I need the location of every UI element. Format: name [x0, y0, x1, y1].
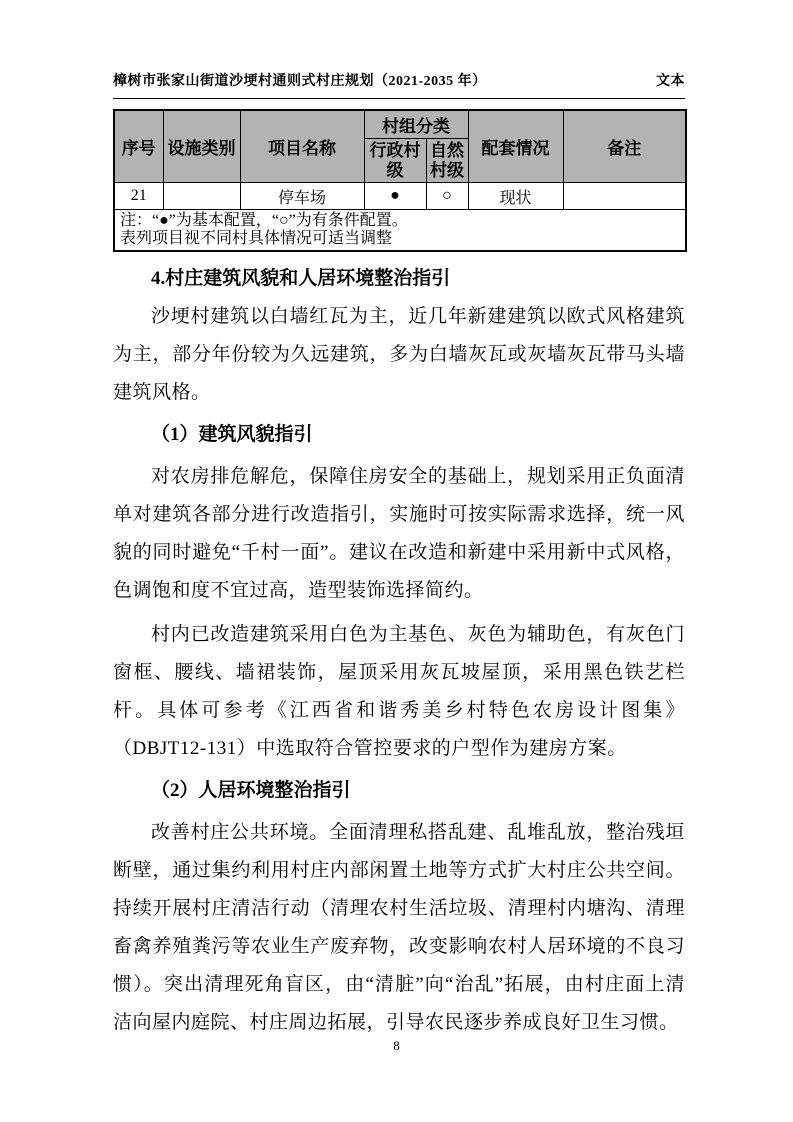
sub-heading-building-style-guide: （1）建筑风貌指引: [113, 418, 685, 452]
col-header-village-group: 村组分类: [364, 110, 468, 139]
table-note-cell: 注：“●”为基本配置，“○”为有条件配置。 表列项目视不同村具体情况可适当调整: [114, 210, 686, 252]
doc-header-right-label: 文本: [656, 70, 685, 90]
paragraph-renovation-guidance: 对农房排危解危，保障住房安全的基础上，规划采用正负面清单对建筑各部分进行改造指引…: [113, 458, 685, 610]
section-heading: 4.村庄建筑风貌和人居环境整治指引: [113, 264, 685, 294]
paragraph-color-scheme-reference: 村内已改造建筑采用白色为主基色、灰色为辅助色，有灰色门窗框、腰线、墙裙装饰，屋顶…: [113, 616, 685, 768]
doc-title: 樟树市张家山街道沙埂村通则式村庄规划（2021-2035 年）: [113, 70, 487, 90]
paragraph-environment-improvement: 改善村庄公共环境。全面清理私搭乱建、乱堆乱放，整治残垣断壁，通过集约利用村庄内部…: [113, 814, 685, 1042]
page-content: 樟树市张家山街道沙埂村通则式村庄规划（2021-2035 年） 文本 序号 设施…: [113, 70, 685, 1048]
col-header-support-status: 配套情况: [468, 110, 563, 183]
sub-heading-living-environment-guide: （2）人居环境整治指引: [113, 774, 685, 808]
facility-configuration-table: 序号 设施类别 项目名称 村组分类 配套情况 备注 行政村级 自然村级 21 停…: [113, 109, 687, 252]
page-number: 8: [0, 1038, 793, 1054]
cell-support-status: 现状: [468, 183, 563, 210]
cell-seq: 21: [114, 183, 163, 210]
running-header: 樟树市张家山街道沙埂村通则式村庄规划（2021-2035 年） 文本: [113, 70, 685, 99]
col-header-seq: 序号: [114, 110, 163, 183]
table-note-line-2: 表列项目视不同村具体情况可适当调整: [120, 230, 680, 248]
cell-facility-category: [163, 183, 240, 210]
col-header-facility-category: 设施类别: [163, 110, 240, 183]
table-row: 21 停车场 ● ○ 现状: [114, 183, 686, 210]
document-page: 樟树市张家山街道沙埂村通则式村庄规划（2021-2035 年） 文本 序号 设施…: [0, 0, 793, 1122]
cell-remark: [563, 183, 686, 210]
table-note-line-1: 注：“●”为基本配置，“○”为有条件配置。: [120, 212, 680, 230]
col-header-admin-village: 行政村级: [364, 139, 426, 183]
col-header-project-name: 项目名称: [240, 110, 364, 183]
paragraph-building-style-overview: 沙埂村建筑以白墙红瓦为主，近几年新建建筑以欧式风格建筑为主，部分年份较为久远建筑…: [113, 298, 685, 412]
cell-project-name: 停车场: [240, 183, 364, 210]
cell-admin-mark: ●: [364, 183, 426, 210]
col-header-natural-village: 自然村级: [426, 139, 468, 183]
cell-natural-mark: ○: [426, 183, 468, 210]
col-header-remark: 备注: [563, 110, 686, 183]
